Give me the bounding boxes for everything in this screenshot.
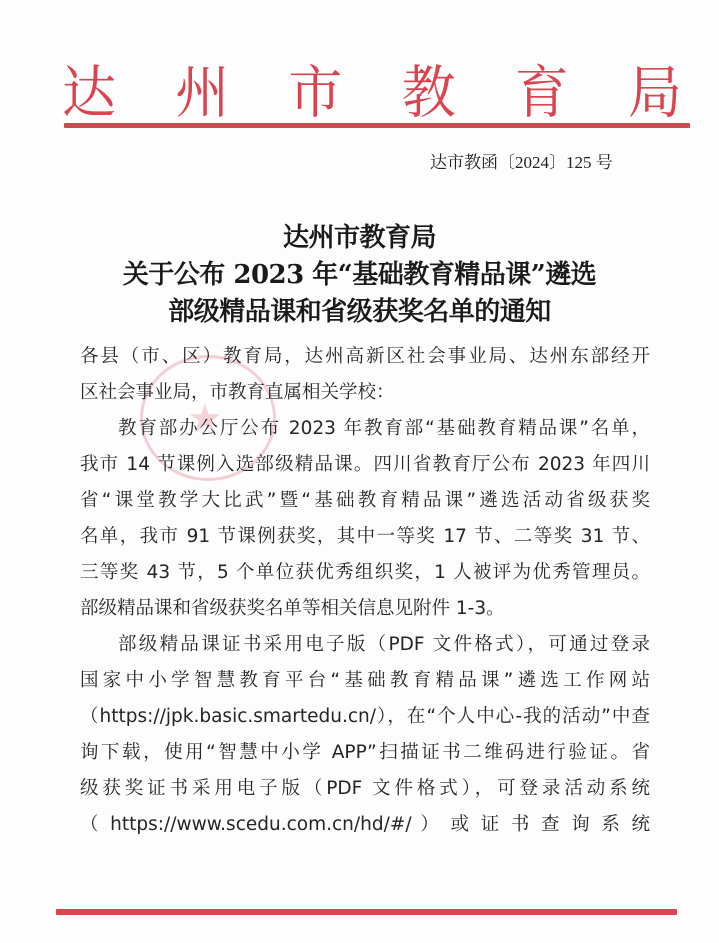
paragraph-line: 部级精品课证书采用电子版（PDF 文件格式），可通过登录	[80, 627, 650, 663]
masthead-char: 市	[288, 48, 342, 129]
addressee-line: 各县（市、区）教育局，达州高新区社会事业局、达州东部经开	[80, 339, 650, 375]
addressee-line: 区社会事业局，市教育直属相关学校：	[80, 375, 650, 411]
footer-red-divider	[56, 909, 677, 915]
masthead-char: 育	[515, 48, 569, 129]
paragraph-line: 省“课堂教学大比武”暨“基础教育精品课”遴选活动省级获奖	[80, 483, 650, 519]
paragraph-line: 级获奖证书采用电子版（PDF 文件格式），可登录活动系统	[80, 771, 650, 807]
masthead-char: 州	[175, 48, 229, 129]
paragraph-line: 我市 14 节课例入选部级精品课。四川省教育厅公布 2023 年四川	[80, 447, 650, 483]
masthead-char: 教	[402, 48, 456, 129]
masthead: 达 州 市 教 育 局	[62, 58, 682, 118]
paragraph-line: 国家中小学智慧教育平台“基础教育精品课”遴选工作网站	[80, 663, 650, 699]
header-red-divider	[64, 123, 690, 128]
addressee: 各县（市、区）教育局，达州高新区社会事业局、达州东部经开 区社会事业局，市教育直…	[80, 339, 650, 411]
document-number: 达市教函〔2024〕125 号	[430, 148, 613, 173]
title-line-3: 部级精品课和省级获奖名单的通知	[0, 291, 719, 328]
masthead-char: 局	[628, 48, 682, 129]
title-line-2: 关于公布 2023 年“基础教育精品课”遴选	[0, 254, 719, 291]
title-line-1: 达州市教育局	[0, 217, 719, 254]
paragraph-line: （ https://www.scedu.com.cn/hd/#/ ） 或 证 书…	[80, 807, 650, 843]
paragraph-line: 询下载，使用“智慧中小学 APP”扫描证书二维码进行验证。省	[80, 735, 650, 771]
paragraph-line: 部级精品课和省级获奖名单等相关信息见附件 1-3。	[80, 591, 650, 627]
paragraph-line: 教育部办公厅公布 2023 年教育部“基础教育精品课”名单，	[80, 411, 650, 447]
masthead-char: 达	[62, 48, 116, 129]
paragraph-2: 部级精品课证书采用电子版（PDF 文件格式），可通过登录 国家中小学智慧教育平台…	[80, 627, 650, 843]
paragraph-line: 名单，我市 91 节课例获奖，其中一等奖 17 节、二等奖 31 节、	[80, 519, 650, 555]
paragraph-line: 三等奖 43 节，5 个单位获优秀组织奖，1 人被评为优秀管理员。	[80, 555, 650, 591]
paragraph-1: 教育部办公厅公布 2023 年教育部“基础教育精品课”名单， 我市 14 节课例…	[80, 411, 650, 627]
paragraph-line: （https://jpk.basic.smartedu.cn/），在“个人中心-…	[80, 699, 650, 735]
